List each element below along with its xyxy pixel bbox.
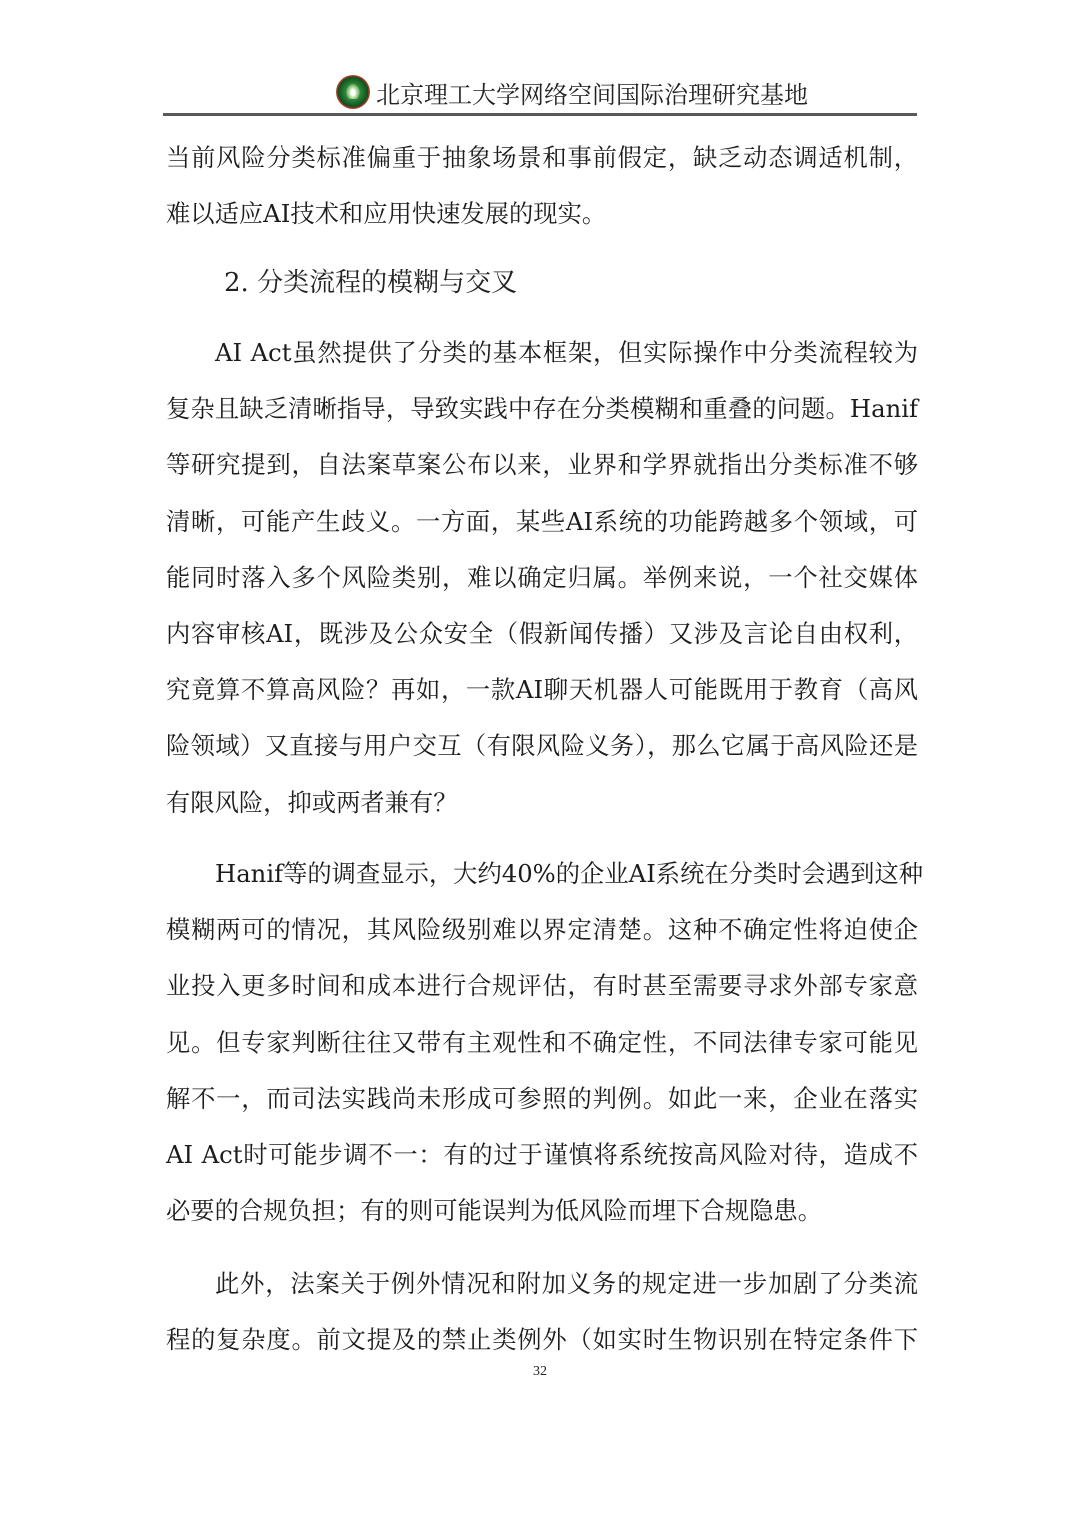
- page-header: 北京理工大学网络空间国际治理研究基地: [336, 72, 808, 112]
- university-seal-icon: [336, 75, 370, 109]
- header-rule: [163, 113, 917, 116]
- text-line: 见。但专家判断往往又带有主观性和不确定性，不同法律专家可能见: [166, 1015, 918, 1071]
- text-line: 必要的合规负担；有的则可能误判为低风险而埋下合规隐患。: [166, 1183, 918, 1239]
- header-title: 北京理工大学网络空间国际治理研究基地: [376, 75, 808, 110]
- paragraph-1: AI Act虽然提供了分类的基本框架，但实际操作中分类流程较为 复杂且缺乏清晰指…: [166, 325, 918, 831]
- text-line: 复杂且缺乏清晰指导，导致实践中存在分类模糊和重叠的问题。Hanif: [166, 381, 918, 437]
- text-line: AI Act时可能步调不一：有的过于谨慎将系统按高风险对待，造成不: [166, 1127, 918, 1183]
- text-line: 等研究提到，自法案草案公布以来，业界和学界就指出分类标准不够: [166, 437, 918, 493]
- text-line: 程的复杂度。前文提及的禁止类例外（如实时生物识别在特定条件下: [166, 1312, 918, 1368]
- text-line: 有限风险，抑或两者兼有？: [166, 775, 918, 831]
- text-line: 业投入更多时间和成本进行合规评估，有时甚至需要寻求外部专家意: [166, 958, 918, 1014]
- text-line: 能同时落入多个风险类别，难以确定归属。举例来说，一个社交媒体: [166, 550, 918, 606]
- text-line: 当前风险分类标准偏重于抽象场景和事前假定，缺乏动态调适机制，: [166, 130, 918, 186]
- text-line: 模糊两可的情况，其风险级别难以界定清楚。这种不确定性将迫使企: [166, 902, 918, 958]
- page-number: 32: [0, 1364, 1080, 1380]
- text-line: 清晰，可能产生歧义。一方面，某些AI系统的功能跨越多个领域，可: [166, 494, 918, 550]
- text-line: AI Act虽然提供了分类的基本框架，但实际操作中分类流程较为: [166, 325, 918, 381]
- text-line: 解不一，而司法实践尚未形成可参照的判例。如此一来，企业在落实: [166, 1071, 918, 1127]
- paragraph-2: Hanif等的调查显示，大约40%的企业AI系统在分类时会遇到这种 模糊两可的情…: [166, 846, 918, 1239]
- section-heading: 2. 分类流程的模糊与交叉: [224, 262, 517, 299]
- text-line: 此外，法案关于例外情况和附加义务的规定进一步加剧了分类流: [166, 1256, 918, 1312]
- text-line: 内容审核AI，既涉及公众安全（假新闻传播）又涉及言论自由权利，: [166, 606, 918, 662]
- continuation-paragraph: 当前风险分类标准偏重于抽象场景和事前假定，缺乏动态调适机制， 难以适应AI技术和…: [166, 130, 918, 242]
- text-line: 究竟算不算高风险？再如，一款AI聊天机器人可能既用于教育（高风: [166, 662, 918, 718]
- text-line: 难以适应AI技术和应用快速发展的现实。: [166, 186, 918, 242]
- paragraph-3: 此外，法案关于例外情况和附加义务的规定进一步加剧了分类流 程的复杂度。前文提及的…: [166, 1256, 918, 1368]
- text-line: Hanif等的调查显示，大约40%的企业AI系统在分类时会遇到这种: [166, 846, 918, 902]
- text-line: 险领域）又直接与用户交互（有限风险义务），那么它属于高风险还是: [166, 718, 918, 774]
